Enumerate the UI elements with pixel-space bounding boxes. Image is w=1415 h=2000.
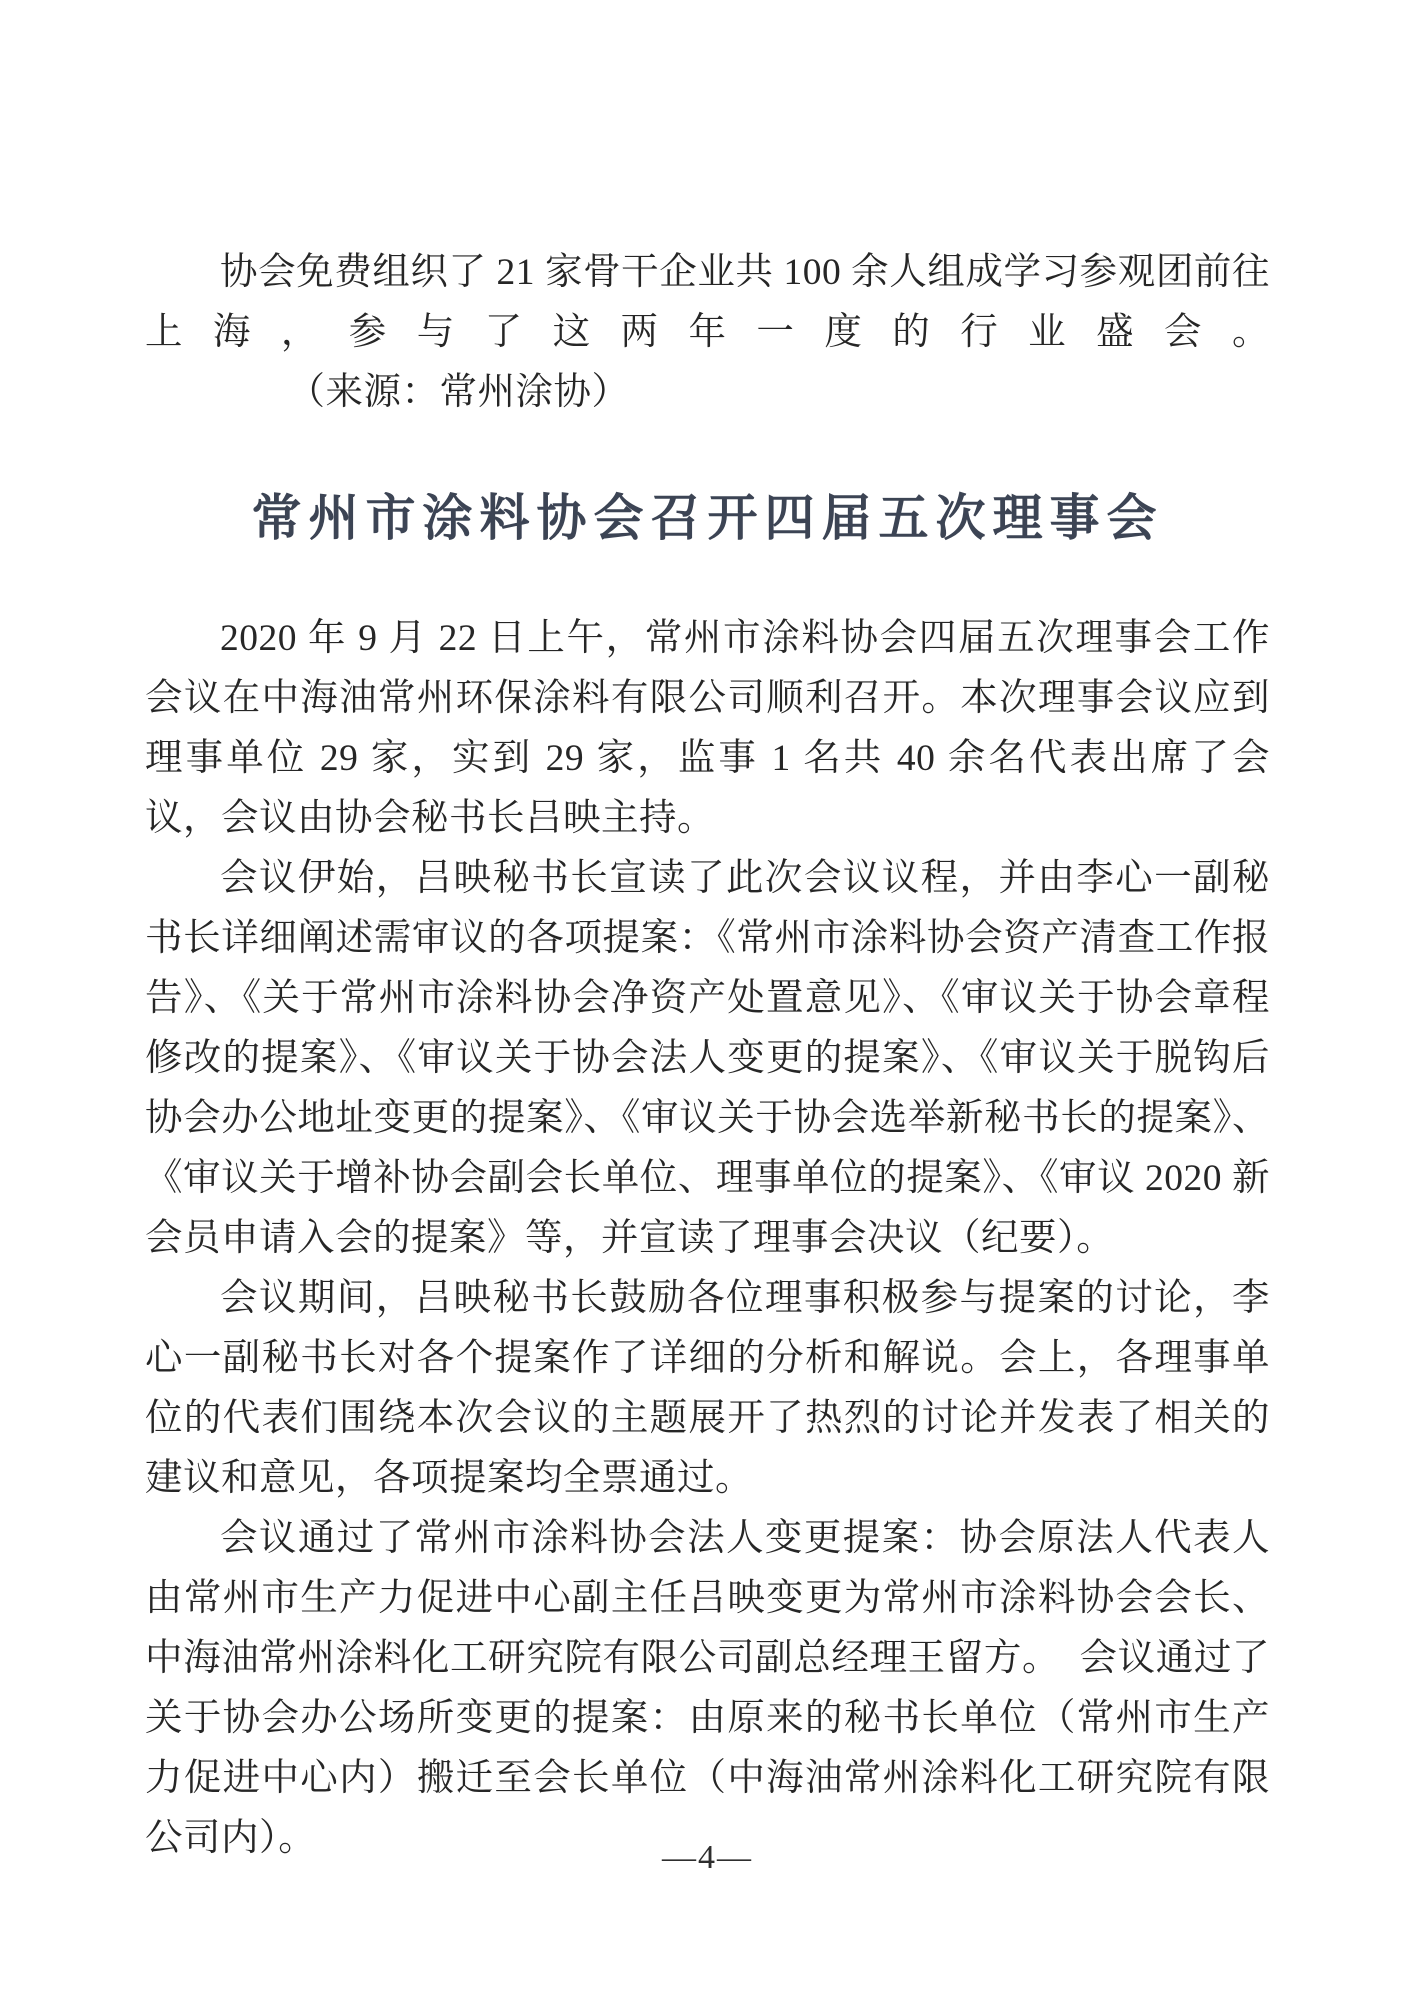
intro-paragraph: 协会免费组织了 21 家骨干企业共 100 余人组成学习参观团前往上海，参与了这…: [145, 243, 1270, 423]
intro-paragraph-text: 协会免费组织了 21 家骨干企业共 100 余人组成学习参观团前往上海，参与了这…: [145, 252, 1270, 353]
article-paragraph-4: 会议通过了常州市涂料协会法人变更提案：协会原法人代表人由常州市生产力促进中心副主…: [145, 1509, 1270, 1869]
article-paragraph-3: 会议期间，吕映秘书长鼓励各位理事积极参与提案的讨论，李心一副秘书长对各个提案作了…: [145, 1269, 1270, 1509]
page-number: —4—: [0, 1838, 1415, 1878]
article-paragraph-2: 会议伊始，吕映秘书长宣读了此次会议议程，并由李心一副秘书长详细阐述需审议的各项提…: [145, 849, 1270, 1269]
source-attribution: （来源：常州涂协）: [288, 363, 630, 423]
article-paragraph-1: 2020 年 9 月 22 日上午，常州市涂料协会四届五次理事会工作会议在中海油…: [145, 609, 1270, 849]
page-content: 协会免费组织了 21 家骨干企业共 100 余人组成学习参观团前往上海，参与了这…: [145, 0, 1270, 1869]
article-title: 常州市涂料协会召开四届五次理事会: [145, 487, 1270, 549]
document-page: 协会免费组织了 21 家骨干企业共 100 余人组成学习参观团前往上海，参与了这…: [0, 0, 1415, 2000]
